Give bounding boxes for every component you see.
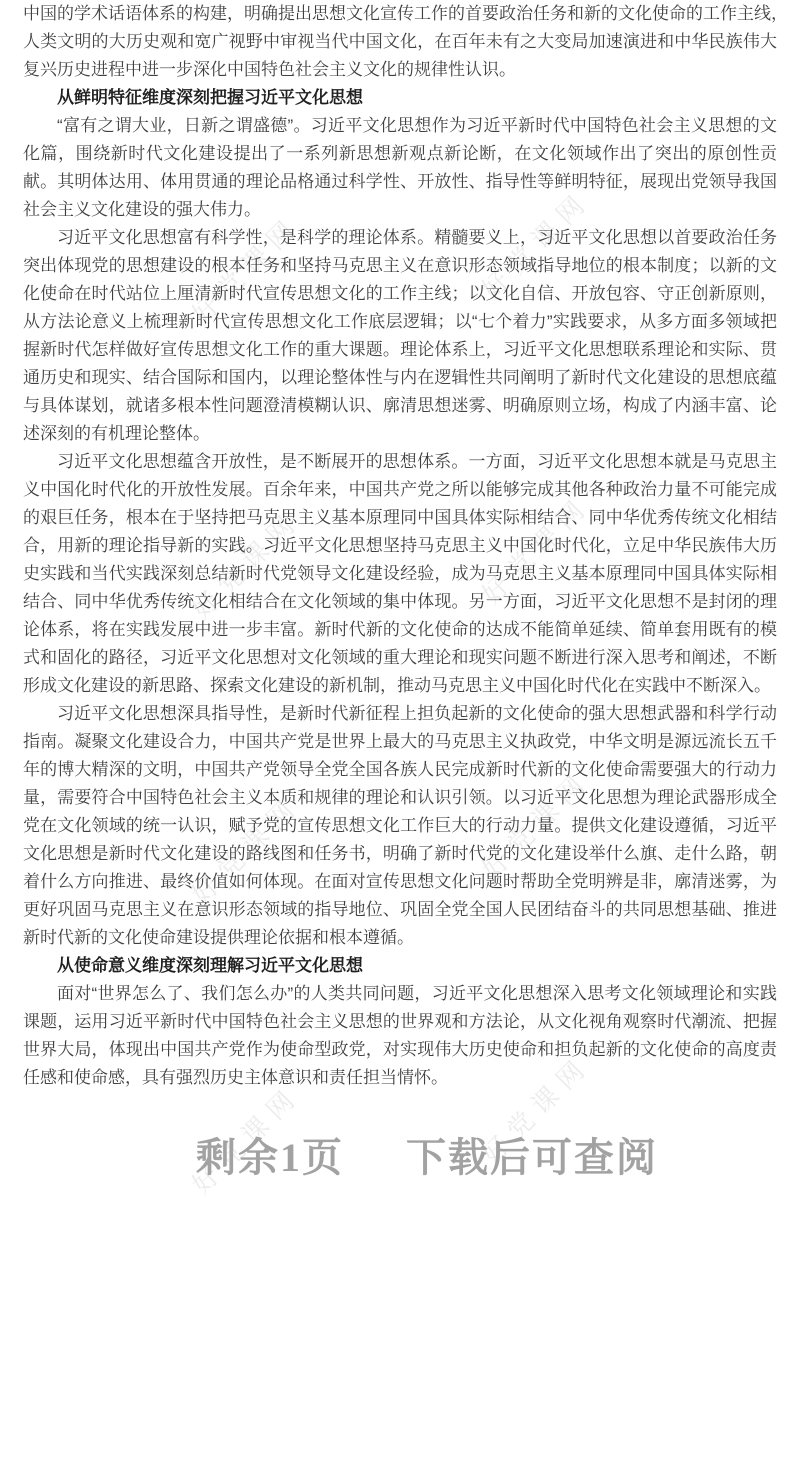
paragraph: 面对“世界怎么了、我们怎么办”的人类共同问题，习近平文化思想深入思考文化领域理论…: [23, 980, 777, 1092]
paragraph: “富有之谓大业，日新之谓盛德”。习近平文化思想作为习近平新时代中国特色社会主义思…: [23, 112, 777, 224]
download-hint-text: 下载后可查阅: [406, 1135, 658, 1180]
remaining-pages-text: 剩余1页: [196, 1135, 344, 1180]
paragraph: 习近平文化思想蕴含开放性，是不断展开的思想体系。一方面，习近平文化思想本就是马克…: [23, 448, 777, 700]
paragraph: 习近平文化思想深具指导性，是新时代新征程上担负起新的文化使命的强大思想武器和科学…: [23, 700, 777, 952]
document-page: 好党课网 好党课网 好党课网 好党课网 好党课网 好党课网 好党课网 好党课网 …: [0, 0, 800, 1469]
document-content: 中国的学术话语体系的构建，明确提出思想文化宣传工作的首要政治任务和新的文化使命的…: [0, 0, 800, 1092]
remaining-pages-notice: 剩余1页下载后可查阅: [27, 1134, 800, 1182]
section-heading-features: 从鲜明特征维度深刻把握习近平文化思想: [23, 84, 777, 112]
section-heading-mission: 从使命意义维度深刻理解习近平文化思想: [23, 952, 777, 980]
paragraph: 习近平文化思想富有科学性，是科学的理论体系。精髓要义上，习近平文化思想以首要政治…: [23, 224, 777, 448]
clipped-top-line: 中国的学术话语体系的构建，明确提出思想文化宣传工作的首要政治任务和新的文化使命的…: [23, 0, 777, 28]
paragraph-continuation: 人类文明的大历史观和宽广视野中审视当代中国文化，在百年未有之大变局加速演进和中华…: [23, 28, 777, 84]
